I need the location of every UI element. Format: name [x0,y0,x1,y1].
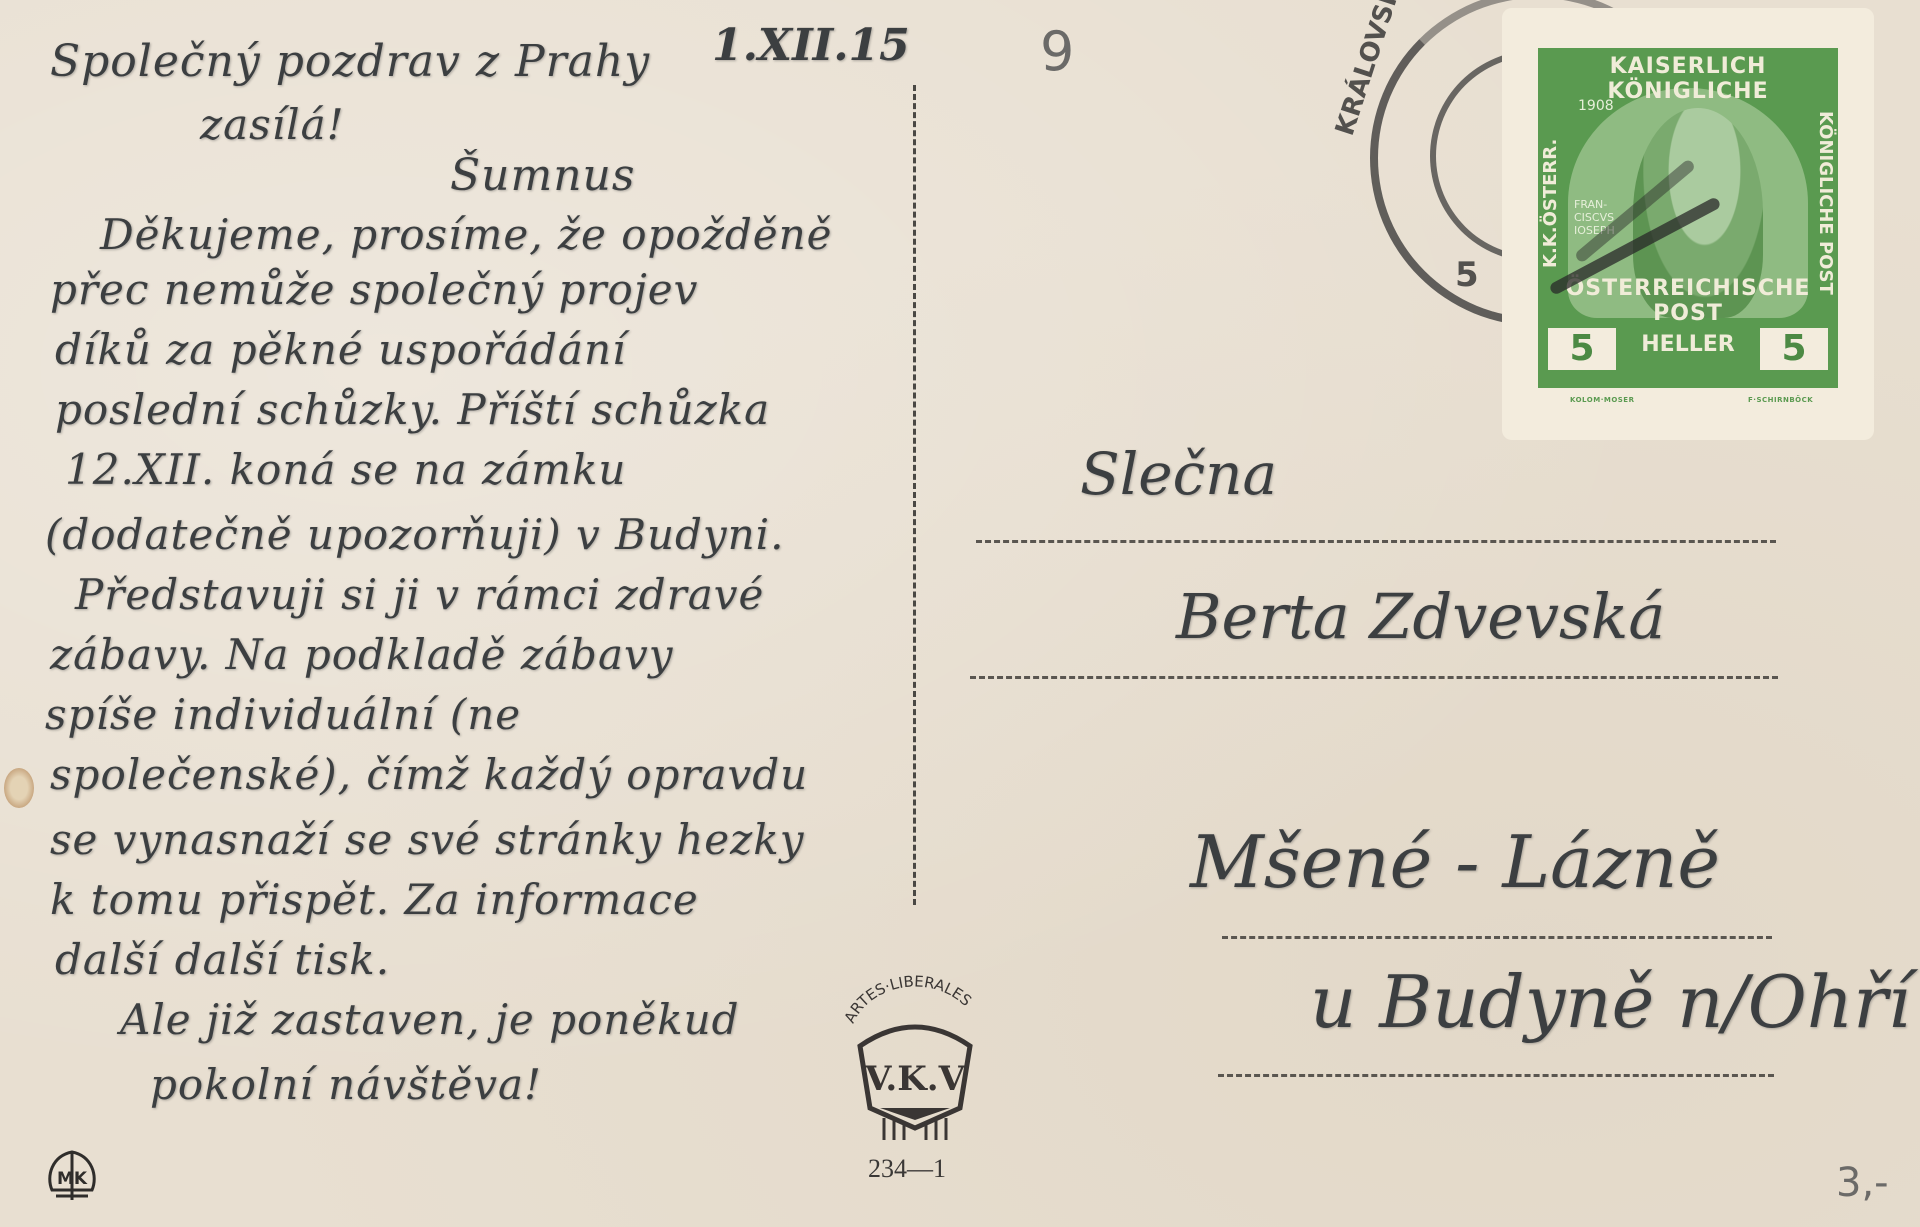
publisher-logo-icon: ARTES·LIBERALES V.K.V [840,968,990,1148]
stamp-value-left: 5 [1544,324,1620,374]
message-line: spíše individuální (ne [45,690,521,739]
message-line: Ale již zastaven, je poněkud [120,995,740,1044]
message-line: Společný pozdrav z Prahy [50,36,650,87]
address-salutation: Slečna [1080,440,1277,508]
message-line: pokolní návštěva! [150,1060,542,1109]
message-line: další další tisk. [55,935,390,984]
message-line: zábavy. Na podkladě zábavy [50,630,673,679]
print-number: 234—1 [868,1154,946,1184]
message-line: společenské), čímž každý opravdu [50,750,808,799]
address-town: Mšené - Lázně [1190,820,1720,904]
stamp-value-right: 5 [1756,324,1832,374]
address-line-1 [976,540,1776,543]
svg-text:ARTES·LIBERALES: ARTES·LIBERALES [841,972,975,1026]
stamp-designer: KOLOM·MOSER [1570,396,1634,404]
stamp-year: 1908 [1578,98,1614,114]
center-divider [913,85,916,905]
stamp-unit: HELLER [1630,332,1746,357]
message-line: zasílá! [200,100,345,149]
stamp-top-text: KAISERLICH KÖNIGLICHE [1558,54,1818,104]
message-line: přec nemůže společný projev [50,265,698,314]
pencil-mark-bottom-right: 3,- [1836,1160,1889,1206]
address-line-2 [970,676,1778,679]
postcard-back: 1.XII.15 Společný pozdrav z Prahyzasílá!… [0,0,1920,1227]
handwritten-date: 1.XII.15 [712,20,910,71]
message-line: Děkujeme, prosíme, že opožděně [100,210,832,259]
address-line-4 [1218,1074,1774,1077]
svg-text:MK: MK [57,1169,88,1189]
message-line: (dodatečně upozorňuji) v Budyni. [45,510,784,559]
address-district: u Budyně n/Ohří [1310,960,1911,1044]
message-line: k tomu přispět. Za informace [50,875,699,924]
stamp-bottom-text: ÖSTERREICHISCHE POST [1558,276,1818,326]
message-line: se vynasnaží se své stránky hezky [50,815,804,864]
stamp-engraver: F·SCHIRNBÖCK [1748,396,1813,404]
stamp-right-text: KÖNIGLICHE POST [1812,88,1836,318]
message-line: 12.XII. koná se na zámku [65,445,626,494]
address-line-3 [1222,936,1772,939]
address-name: Berta Zdvevská [1176,580,1665,653]
pencil-mark-top: 9 [1040,20,1074,83]
printer-mark-icon: MK [42,1146,102,1206]
postmark-numeral: 5 [1455,255,1479,295]
message-line: Šumnus [450,150,635,201]
message-line: díků za pěkné uspořádání [55,325,626,374]
paper-stain [4,768,34,808]
svg-text:V.K.V: V.K.V [864,1059,966,1099]
message-line: Představuji si ji v rámci zdravé [75,570,764,619]
message-line: poslední schůzky. Příští schůzka [55,385,770,434]
